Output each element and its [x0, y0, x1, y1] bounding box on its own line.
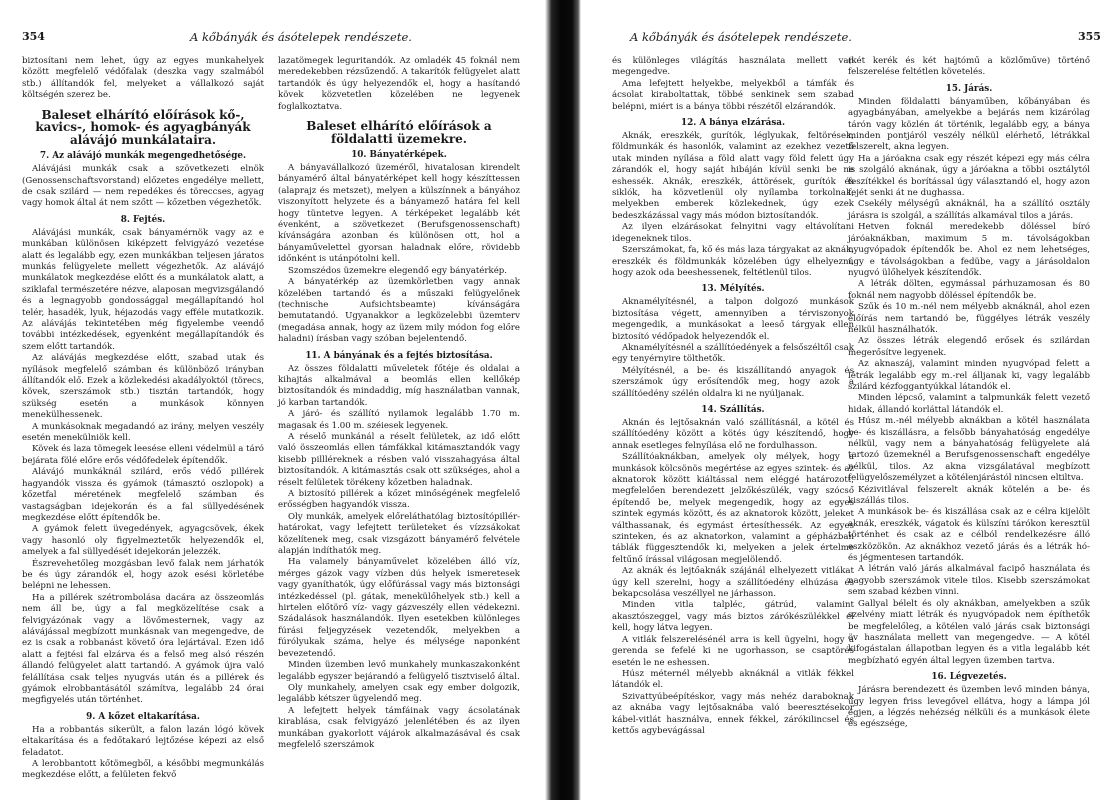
paragraph: Szomszédos üzemekre elegendő egy bányaté…	[278, 266, 520, 277]
paragraph: Az összes földalatti műveletek főtéje és…	[278, 364, 520, 410]
paragraph: Aknák, ereszkék, gurítók, léglyukak, fel…	[612, 131, 854, 222]
paragraph: Minden üzemben levő munkahely munkaszako…	[278, 660, 520, 683]
paragraph: Ha a pillérek szétrombolása dacára az ös…	[22, 593, 264, 707]
text-column: (két kerék és két hajtómű a közlőműve) t…	[848, 56, 1090, 731]
paragraph: Kövek és laza tömegek leesése elleni véd…	[22, 444, 264, 467]
section-heading: 14. Szállítás.	[612, 405, 854, 416]
paragraph: Csekély mélységű aknáknál, ha a szállító…	[848, 199, 1090, 222]
right-page: A kőbányák és ásótelepek rendészete. 355…	[580, 0, 1119, 800]
paragraph: (két kerék és két hajtómű a közlőműve) t…	[848, 56, 1090, 79]
paragraph: A gyámok felett üvegedények, agyagcsövek…	[22, 524, 264, 558]
running-head: A kőbányák és ásótelepek rendészete.	[630, 30, 852, 44]
paragraph: A réselő munkánál a réselt felületek, az…	[278, 432, 520, 489]
paragraph: A munkásoknak megadandó az irány, melyen…	[22, 422, 264, 445]
paragraph: Oly munkák, amelyek előreláthatólag bizt…	[278, 512, 520, 558]
paragraph: Aknamélyítésnél, a talpon dolgozó munkás…	[612, 297, 854, 343]
text-column: biztosítani nem lehet, úgy az egyes munk…	[22, 56, 264, 782]
paragraph: A bányatérkép az üzemkörletben vagy anna…	[278, 277, 520, 345]
paragraph: A lerobbantott kőtömegből, a későbbi meg…	[22, 759, 264, 782]
paragraph: Minden vitla talpléc, gátrúd, valamint a…	[612, 600, 854, 634]
paragraph: biztosítani nem lehet, úgy az egyes munk…	[22, 56, 264, 102]
paragraph: A munkások be- és kiszállása csak az e c…	[848, 507, 1090, 564]
paragraph: Az ilyen elzárásokat felnyitni vagy eltá…	[612, 222, 854, 245]
paragraph: Ama lefejtett helyekbe, melyekből a támf…	[612, 79, 854, 113]
section-heading: 13. Mélyítés.	[612, 284, 854, 295]
page-number: 354	[22, 30, 45, 43]
paragraph: Alávájási munkák, csak bányamérnök vagy …	[22, 228, 264, 353]
section-heading: 9. A kőzet eltakarítása.	[22, 712, 264, 723]
text-column: lazatömegek leguritandók. Az omladék 45 …	[278, 56, 520, 751]
paragraph: A biztosító pillérek a kőzet minőségének…	[278, 489, 520, 512]
paragraph: Az aknaszáj, valamint minden nyugvópad f…	[848, 359, 1090, 393]
paragraph: Oly munkahely, amelyen csak egy ember do…	[278, 683, 520, 706]
paragraph: Alávájó munkáknál szilárd, erős védő pil…	[22, 467, 264, 524]
paragraph: A bányavállalkozó üzeméről, hivatalosan …	[278, 163, 520, 266]
paragraph: Húsz m.-nél mélyebb aknákban a kötél has…	[848, 416, 1090, 484]
section-heading: 16. Légvezetés.	[848, 672, 1090, 683]
paragraph: A járó- és szállító nyilamok legalább 1.…	[278, 409, 520, 432]
paragraph: Szivattyúbeépítéskor, vagy más nehéz dar…	[612, 692, 854, 738]
paragraph: és különleges világítás használata melle…	[612, 56, 854, 79]
paragraph: Hetven foknál meredekebb döléssel bíró j…	[848, 222, 1090, 279]
paragraph: A létrák dölten, egymással párhuzamosan …	[848, 279, 1090, 302]
section-heading: 12. A bánya elzárása.	[612, 118, 854, 129]
section-heading: 11. A bányának és a fejtés biztosítása.	[278, 351, 520, 362]
paragraph: Az összes létrák elegendő erősek és szil…	[848, 336, 1090, 359]
paragraph: Ha a járóakna csak egy részét képezi egy…	[848, 154, 1090, 200]
left-page: 354 A kőbányák és ásótelepek rendészete.…	[0, 0, 545, 800]
paragraph: Húsz méternél mélyebb aknáknál a vitlák …	[612, 669, 854, 692]
paragraph: A lefejtett helyek támfáinak vagy ácsola…	[278, 706, 520, 752]
section-heading: 10. Bányatérképek.	[278, 150, 520, 161]
paragraph: Gallyal bélelt és oly aknákban, amelyekb…	[848, 599, 1090, 667]
paragraph: lazatömegek leguritandók. Az omladék 45 …	[278, 56, 520, 113]
paragraph: Ha a robbantás sikerült, a falon lazán l…	[22, 725, 264, 759]
paragraph: Észrevehetőleg mozgásban levő falak nem …	[22, 559, 264, 593]
paragraph: Ha valamely bányaművelet közelében álló …	[278, 557, 520, 660]
text-column: és különleges világítás használata melle…	[612, 56, 854, 737]
paragraph: Aknamélyítésnél a szállítóedények a fels…	[612, 343, 854, 366]
book-gutter	[545, 0, 581, 800]
paragraph: Alávájási munkák csak a szövetkezeti eln…	[22, 164, 264, 210]
section-heading: 15. Járás.	[848, 84, 1090, 95]
section-heading: 8. Fejtés.	[22, 215, 264, 226]
running-head: A kőbányák és ásótelepek rendészete.	[190, 30, 412, 44]
paragraph: Az alávájás megkezdése előtt, szabad uta…	[22, 353, 264, 421]
paragraph: Aknán és lejtősaknán való szállításnál, …	[612, 418, 854, 452]
paragraph: Mélyítésnél, a be- és kiszállítandó anya…	[612, 366, 854, 400]
section-heading: 7. Az alávájó munkák megengedhetősége.	[22, 151, 264, 162]
paragraph: Szerszámokat, fa, kő és más laza tárgyak…	[612, 245, 854, 279]
section-heading: Baleset elhárító előírások kő-, kavics-,…	[22, 109, 264, 147]
paragraph: Kézivitlával felszerelt aknák kötelén a …	[848, 485, 1090, 508]
paragraph: Minden földalatti bányaműben, kőbányában…	[848, 97, 1090, 154]
paragraph: Az aknák és lejtőaknák szájánál elhelyez…	[612, 566, 854, 600]
paragraph: Szűk és 10 m.-nél nem mélyebb aknáknál, …	[848, 302, 1090, 336]
paragraph: A létrán való járás alkalmával facipő ha…	[848, 564, 1090, 598]
paragraph: Szállítóaknákban, amelyek oly mélyek, ho…	[612, 452, 854, 566]
paragraph: Minden lépcső, valamint a talpmunkák fel…	[848, 393, 1090, 416]
page-number: 355	[1078, 30, 1101, 43]
paragraph: Járásra berendezett és üzemben levő mind…	[848, 685, 1090, 731]
section-heading: Baleset elhárító előírások a földalatti …	[278, 120, 520, 145]
paragraph: A vitlák felszerelésénél arra is kell üg…	[612, 635, 854, 669]
